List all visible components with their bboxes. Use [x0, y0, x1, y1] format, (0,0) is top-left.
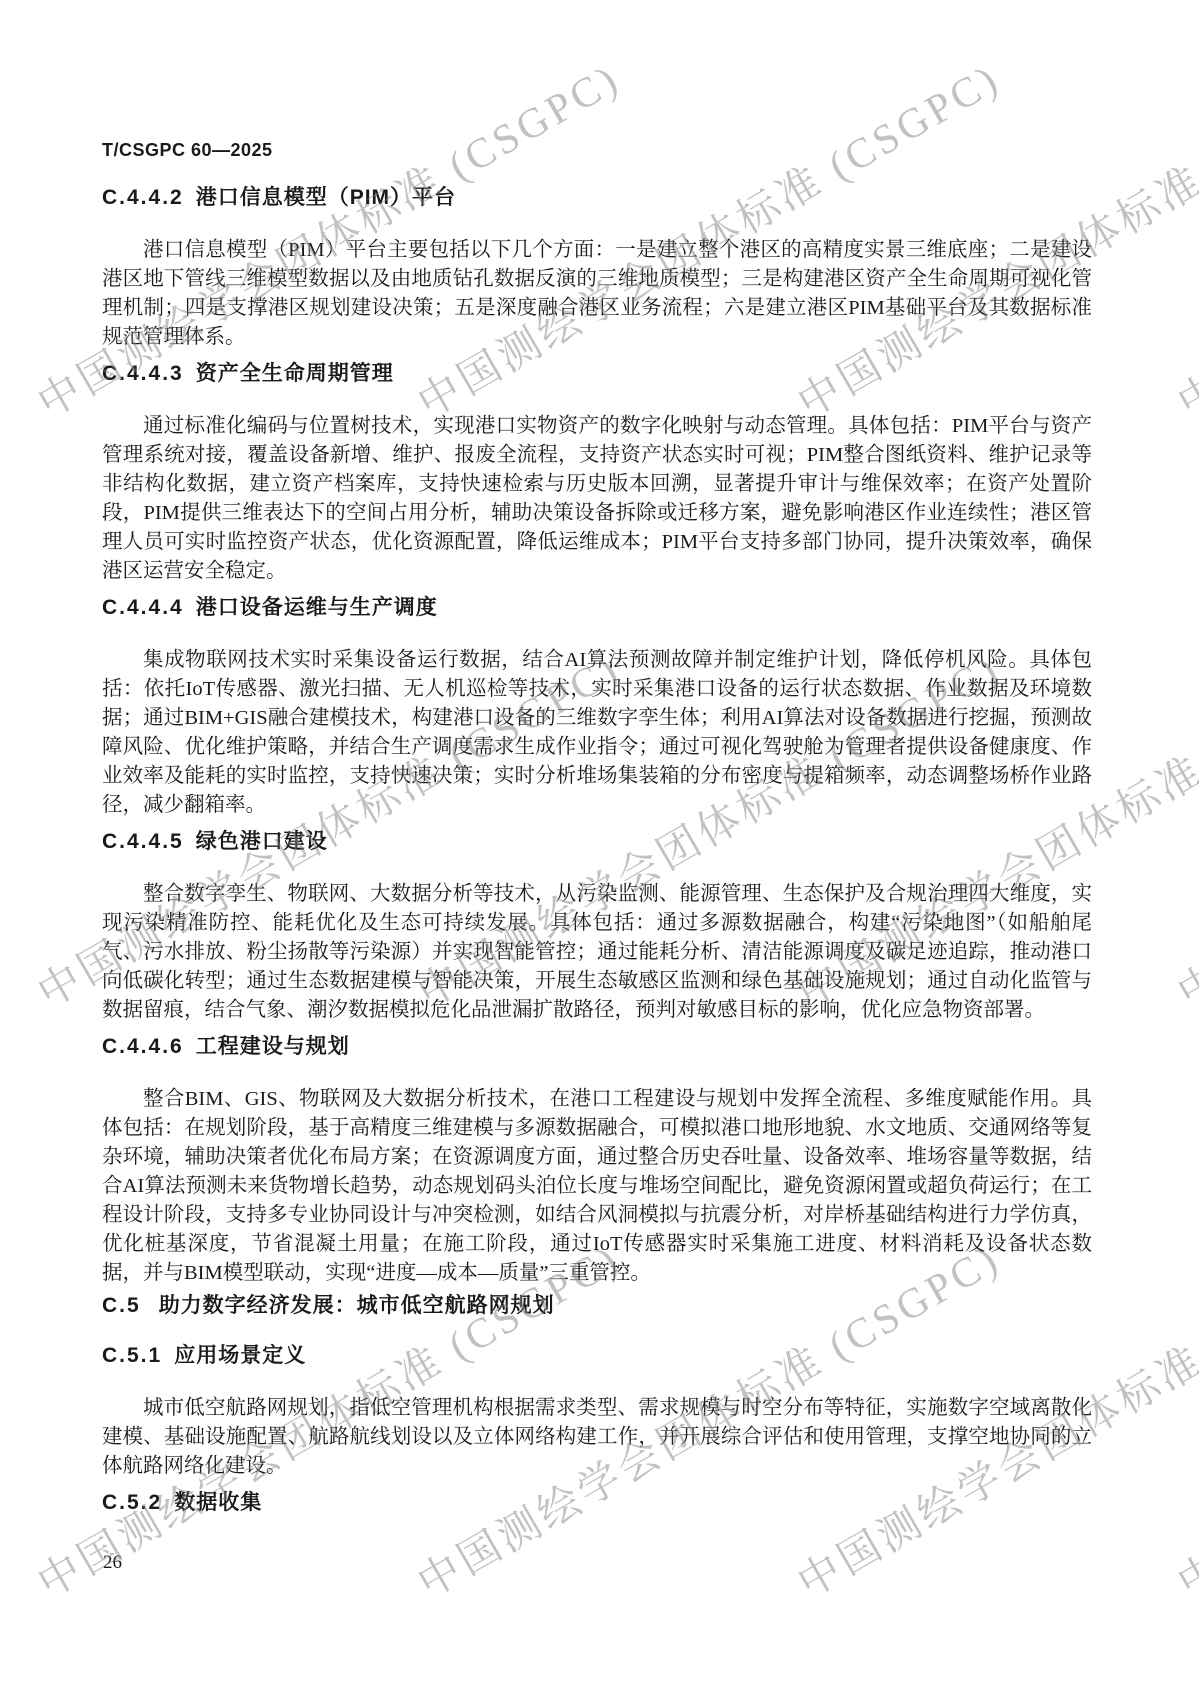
section-number: C.5.1	[102, 1344, 162, 1367]
section-heading: C.5.1应用场景定义	[102, 1344, 1092, 1368]
document-content: C.4.4.2港口信息模型（PIM）平台港口信息模型（PIM）平台主要包括以下几…	[102, 186, 1092, 1541]
paragraph: 整合BIM、GIS、物联网及大数据分析技术，在港口工程建设与规划中发挥全流程、多…	[102, 1085, 1092, 1288]
section-heading: C.4.4.5绿色港口建设	[102, 830, 1092, 854]
paragraph: 城市低空航路网规划，指低空管理机构根据需求类型、需求规模与时空分布等特征，实施数…	[102, 1394, 1092, 1481]
section-title: 数据收集	[174, 1491, 262, 1514]
section-title: 港口设备运维与生产调度	[196, 596, 438, 619]
section-number: C.4.4.2	[102, 186, 184, 209]
watermark-text: 中国测绘学会团体标准 (CSGPC)	[1165, 46, 1199, 430]
section-heading: C.4.4.3资产全生命周期管理	[102, 362, 1092, 386]
section-heading: C.5.2数据收集	[102, 1491, 1092, 1515]
section-number: C.4.4.3	[102, 362, 184, 385]
section-number: C.4.4.6	[102, 1035, 184, 1058]
section-title: 绿色港口建设	[196, 830, 328, 853]
paragraph: 集成物联网技术实时采集设备运行数据，结合AI算法预测故障并制定维护计划，降低停机…	[102, 646, 1092, 820]
section-number: C.4.4.4	[102, 596, 184, 619]
section-heading: C.4.4.4港口设备运维与生产调度	[102, 596, 1092, 620]
section-title: 应用场景定义	[174, 1344, 306, 1367]
doc-code: T/CSGPC 60—2025	[102, 140, 273, 161]
watermark-text: 中国测绘学会团体标准 (CSGPC)	[1165, 1226, 1199, 1610]
document-page: 中国测绘学会团体标准 (CSGPC)中国测绘学会团体标准 (CSGPC)中国测绘…	[0, 0, 1199, 1696]
section-heading: C.4.4.6工程建设与规划	[102, 1035, 1092, 1059]
paragraph: 通过标准化编码与位置树技术，实现港口实物资产的数字化映射与动态管理。具体包括：P…	[102, 412, 1092, 586]
section-title: 工程建设与规划	[196, 1035, 350, 1058]
paragraph: 整合数字孪生、物联网、大数据分析等技术，从污染监测、能源管理、生态保护及合规治理…	[102, 880, 1092, 1025]
section-heading: C.5助力数字经济发展：城市低空航路网规划	[102, 1294, 1092, 1318]
page-number: 26	[103, 1552, 122, 1574]
section-title: 资产全生命周期管理	[196, 362, 394, 385]
section-number: C.5	[102, 1294, 141, 1317]
section-number: C.5.2	[102, 1491, 162, 1514]
section-title: 港口信息模型（PIM）平台	[196, 186, 456, 209]
section-heading: C.4.4.2港口信息模型（PIM）平台	[102, 186, 1092, 210]
section-title: 助力数字经济发展：城市低空航路网规划	[159, 1294, 555, 1317]
paragraph: 港口信息模型（PIM）平台主要包括以下几个方面：一是建立整个港区的高精度实景三维…	[102, 236, 1092, 352]
section-number: C.4.4.5	[102, 830, 184, 853]
watermark-text: 中国测绘学会团体标准 (CSGPC)	[1165, 636, 1199, 1020]
